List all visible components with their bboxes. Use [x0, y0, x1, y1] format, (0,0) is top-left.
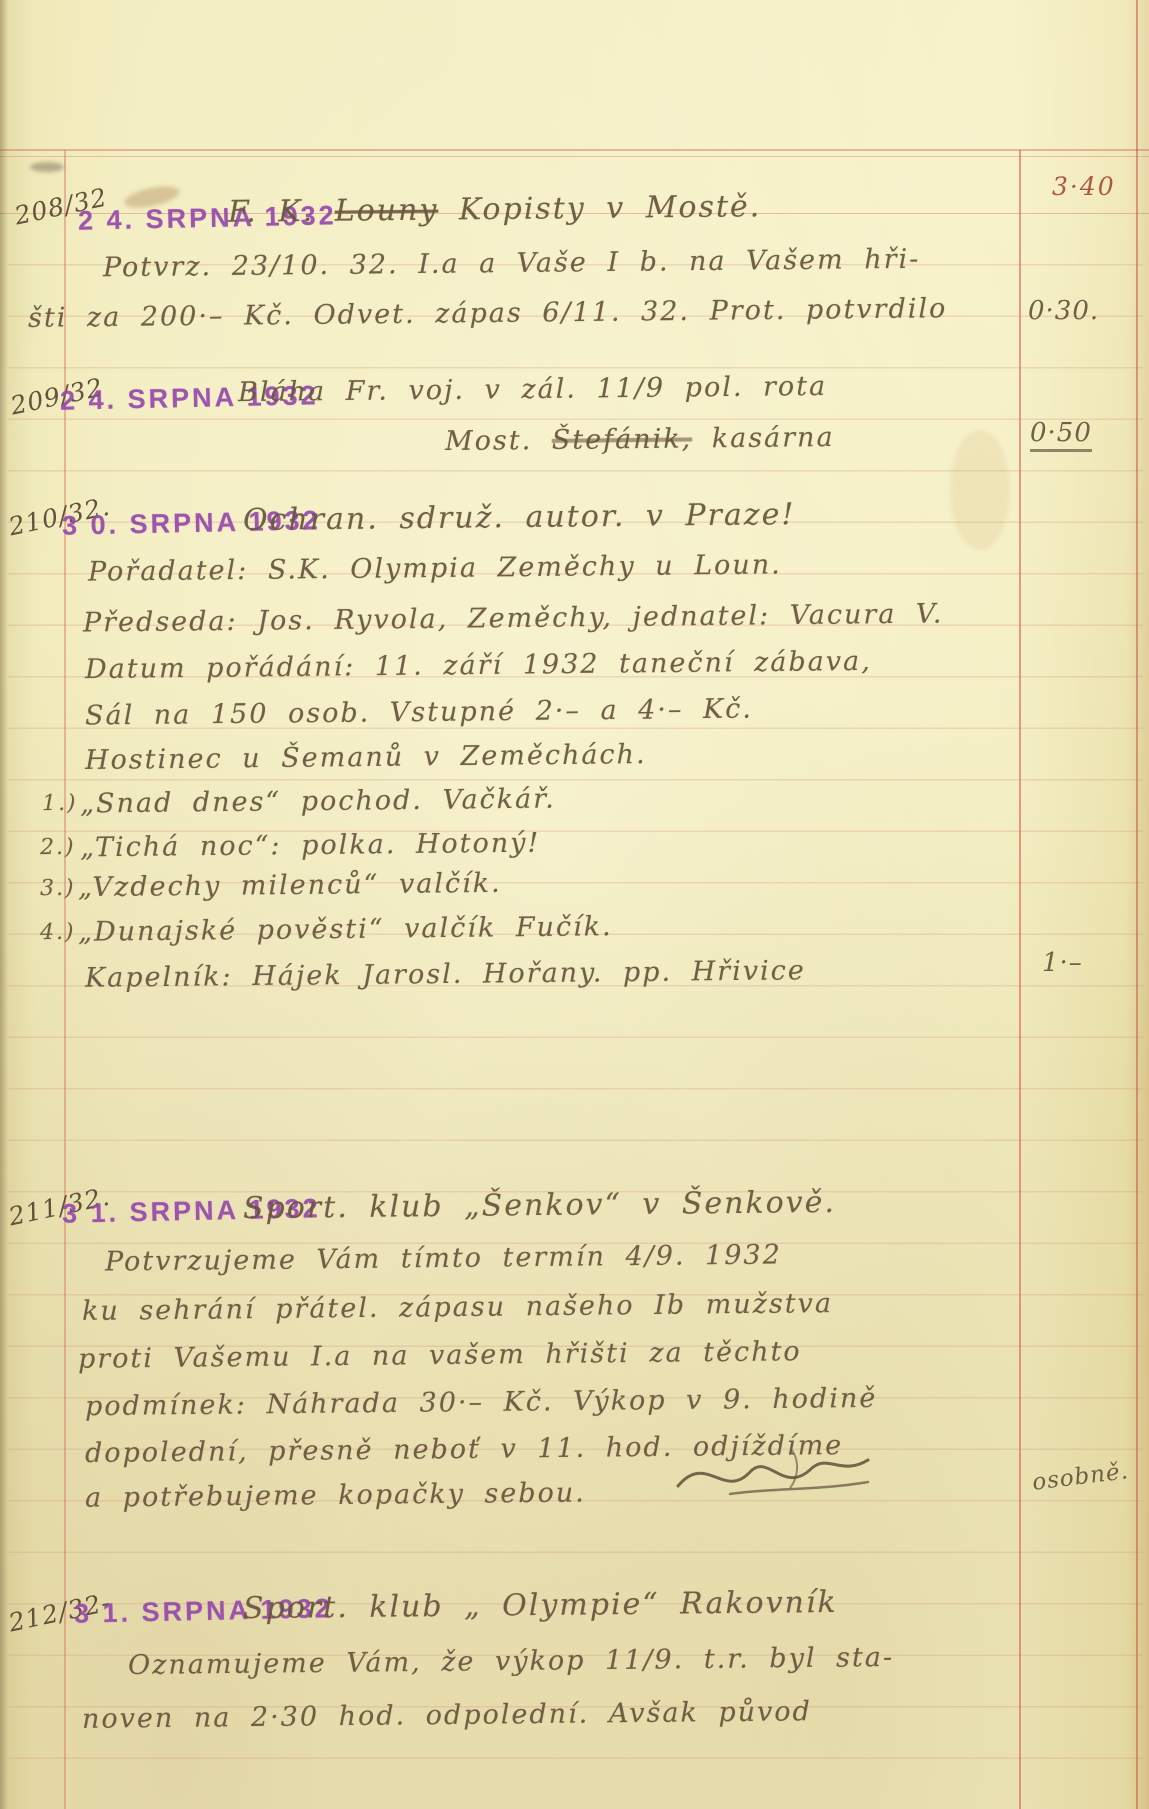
program-item-4-text: „Dunajské pověsti“ valčík Fučík.: [78, 911, 613, 948]
amount-column-line: [1019, 150, 1021, 1809]
entry-210-line-6: Hostinec u Šemanů v Zeměchách.: [85, 739, 647, 776]
entry-208-title-struck-word: Louny: [335, 193, 439, 229]
entry-209-line-1: Bláha Fr. voj. v zál. 11/9 pol. rota: [238, 371, 827, 408]
right-edge-line: [1136, 0, 1138, 1809]
program-item-3-text: „Vzdechy milenců“ valčík.: [78, 868, 502, 903]
entry-209-line-2-prefix: Most.: [445, 425, 533, 457]
entry-209-line-2-suffix: kasárna: [712, 422, 835, 454]
entry-212-line-1: Sport. klub „ Olympie“ Rakovník: [243, 1585, 838, 1626]
pencil-smudge: [30, 162, 64, 172]
entry-208-amount: 0·30.: [1028, 296, 1099, 326]
entry-210-line-1: Ochran. sdruž. autor. v Praze!: [243, 497, 796, 538]
ledger-page: 3·40 208/32 2 4. SRPNA 1932 F. K. Louny …: [0, 0, 1149, 1809]
program-item-1-number: 1.): [42, 791, 78, 816]
paper-stain: [950, 430, 1010, 550]
header-rule-top-2: [0, 156, 1149, 157]
program-item-1-text: „Snad dnes“ pochod. Vačkář.: [80, 784, 556, 820]
entry-211-line-1: Sport. klub „Šenkov“ v Šenkově.: [243, 1185, 836, 1226]
left-scan-edge: [0, 0, 8, 1809]
program-item-4-number: 4.): [40, 920, 76, 945]
entry-208-title: F. K. Louny Kopisty v Mostě.: [228, 189, 762, 230]
entry-210-amount: 1·–: [1042, 948, 1083, 978]
entry-208-title-prefix: F. K.: [228, 194, 315, 230]
program-item-3-number: 3.): [40, 876, 76, 901]
entry-208-title-suffix: Kopisty v Mostě.: [459, 189, 762, 227]
program-item-2-number: 2.): [40, 835, 76, 860]
program-item-2-text: „Tichá noc“: polka. Hotoný!: [80, 828, 541, 864]
entry-209-struck-word: Štefánik,: [552, 423, 693, 455]
header-rule-top: [0, 149, 1149, 151]
folio-number: 3·40: [1052, 172, 1116, 201]
entry-209-amount: 0·50: [1030, 418, 1092, 452]
entry-211-line-7: a potřebujeme kopačky sebou.: [85, 1477, 586, 1513]
signature: [672, 1442, 882, 1512]
entry-209-line-2: Most. Štefánik, kasárna: [445, 422, 835, 457]
